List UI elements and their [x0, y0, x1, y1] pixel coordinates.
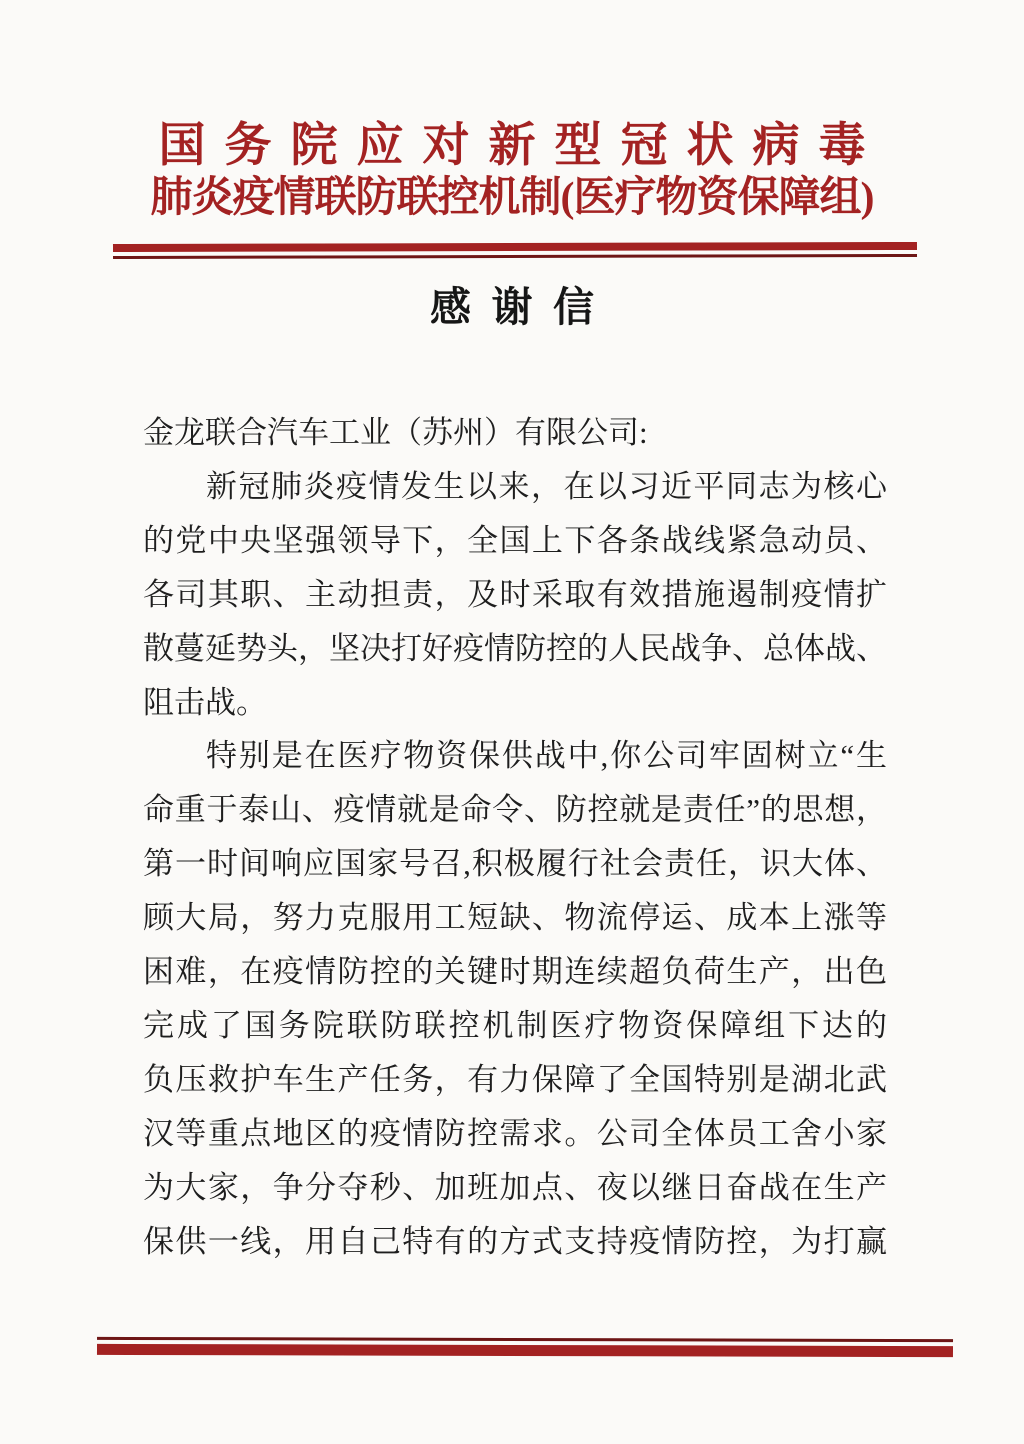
- body-line: 困难，在疫情防控的关键时期连续超负荷生产，出色: [143, 945, 887, 999]
- body-line: 顾大局，努力克服用工短缺、物流停运、成本上涨等: [143, 891, 887, 945]
- letterhead-line-2: 肺炎疫情联防联控机制(医疗物资保障组): [0, 174, 1024, 222]
- letterhead-double-rule: [113, 242, 917, 259]
- body-line: 特别是在医疗物资保供战中,你公司牢固树立“生: [143, 729, 887, 783]
- body-line: 保供一线，用自己特有的方式支持疫情防控，为打赢: [143, 1215, 887, 1269]
- body-line: 新冠肺炎疫情发生以来，在以习近平同志为核心: [143, 460, 887, 514]
- letterhead-line-1: 国务院应对新型冠状病毒: [0, 120, 1024, 172]
- body-line: 汉等重点地区的疫情防控需求。公司全体员工舍小家: [143, 1107, 887, 1161]
- body-line: 散蔓延势头，坚决打好疫情防控的人民战争、总体战、: [143, 622, 887, 676]
- letter-body: 金龙联合汽车工业（苏州）有限公司: 新冠肺炎疫情发生以来，在以习近平同志为核心 …: [143, 406, 887, 1269]
- letterhead: 国务院应对新型冠状病毒 肺炎疫情联防联控机制(医疗物资保障组): [0, 120, 1024, 222]
- body-line: 各司其职、主动担责，及时采取有效措施遏制疫情扩: [143, 568, 887, 622]
- body-line: 命重于泰山、疫情就是命令、防控就是责任”的思想，: [143, 783, 887, 837]
- body-line: 第一时间响应国家号召,积极履行社会责任，识大体、: [143, 837, 887, 891]
- rule-thin-dark: [97, 1337, 953, 1342]
- rule-thin-dark: [113, 254, 917, 259]
- body-line: 完成了国务院联防联控机制医疗物资保障组下达的: [143, 999, 887, 1053]
- salutation-line: 金龙联合汽车工业（苏州）有限公司:: [143, 406, 887, 460]
- letter-title: 感谢信: [0, 284, 1024, 330]
- rule-thick-red: [113, 242, 917, 252]
- body-line: 为大家，争分夺秒、加班加点、夜以继日奋战在生产: [143, 1161, 887, 1215]
- body-line: 的党中央坚强领导下，全国上下各条战线紧急动员、: [143, 514, 887, 568]
- letter-page: 国务院应对新型冠状病毒 肺炎疫情联防联控机制(医疗物资保障组) 感谢信 金龙联合…: [0, 0, 1024, 1444]
- footer-double-rule: [97, 1337, 953, 1357]
- body-line: 负压救护车生产任务，有力保障了全国特别是湖北武: [143, 1053, 887, 1107]
- rule-thick-red: [97, 1344, 953, 1357]
- body-line: 阻击战。: [143, 676, 887, 730]
